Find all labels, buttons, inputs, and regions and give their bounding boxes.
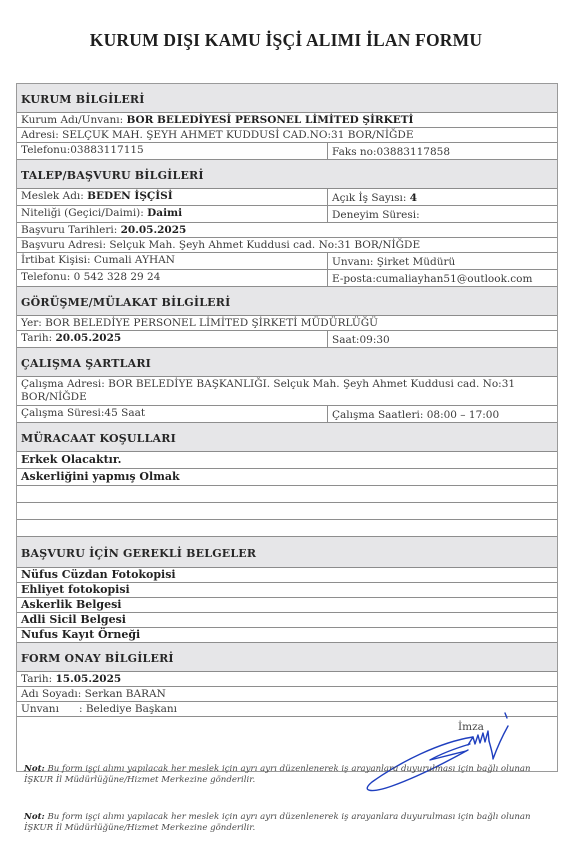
calisma-adres-row: Çalışma Adresi: BOR BELEDİYE BAŞKANLIĞI.…: [17, 377, 557, 406]
nitelik-value: Daimi: [147, 207, 182, 219]
irtibat-eposta: E-posta:cumaliayhan51@outlook.com: [328, 270, 557, 286]
talep-adres-row: Başvuru Adresi: Selçuk Mah. Şeyh Ahmet K…: [17, 238, 557, 253]
irtibat-telefon: Telefonu: 0 542 328 29 24: [17, 270, 328, 286]
belge-item: Adli Sicil Belgesi: [17, 613, 557, 628]
onay-adsoyad-row: Adı Soyadı: Serkan BARAN: [17, 687, 557, 702]
deneyim-suresi: Deneyim Süresi:: [328, 206, 557, 222]
belge-item: Nüfus Cüzdan Fotokopisi: [17, 568, 557, 583]
muracaat-item: [17, 520, 557, 537]
acik-is-label: Açık İş Sayısı:: [332, 192, 410, 204]
meslek-label: Meslek Adı:: [21, 190, 87, 202]
calisma-sure-row: Çalışma Süresi:45 Saat Çalışma Saatleri:…: [17, 406, 557, 423]
belge-item: Ehliyet fotokopisi: [17, 583, 557, 598]
ilan-form: KURUM BİLGİLERİ Kurum Adı/Unvanı: BOR BE…: [16, 83, 558, 772]
belge-item: Nufus Kayıt Örneği: [17, 628, 557, 643]
gorusme-tarih-row: Tarih: 20.05.2025 Saat:09:30: [17, 331, 557, 348]
onay-tarih-label: Tarih:: [21, 673, 55, 685]
onay-tarih-row: Tarih: 15.05.2025: [17, 672, 557, 687]
kurum-contact-row: Telefonu:03883117115 Faks no:03883117858: [17, 143, 557, 160]
talep-irtibat-row: İrtibat Kişisi: Cumali AYHAN Unvanı: Şir…: [17, 253, 557, 270]
note-1-text: Bu form işçi alımı yapılacak her meslek …: [24, 764, 531, 785]
irtibat-kisisi: İrtibat Kişisi: Cumali AYHAN: [17, 253, 328, 269]
gorusme-tarih-value: 20.05.2025: [55, 332, 121, 344]
kurum-phone: Telefonu:03883117115: [17, 143, 328, 159]
muracaat-item: [17, 486, 557, 503]
muracaat-item: [17, 503, 557, 520]
talep-meslek-row: Meslek Adı: BEDEN İŞÇİSİ Açık İş Sayısı:…: [17, 189, 557, 206]
muracaat-item: Erkek Olacaktır.: [17, 452, 557, 469]
gorusme-tarih-label: Tarih:: [21, 332, 55, 344]
kurum-address: Adresi: SELÇUK MAH. ŞEYH AHMET KUDDUSİ C…: [17, 128, 557, 142]
section-kurum-header: KURUM BİLGİLERİ: [17, 84, 557, 113]
talep-telefon-row: Telefonu: 0 542 328 29 24 E-posta:cumali…: [17, 270, 557, 287]
note-1: Not: Bu form işçi alımı yapılacak her me…: [24, 764, 544, 786]
onay-unvan: Unvanı : Belediye Başkanı: [17, 702, 557, 716]
section-talep-header: TALEP/BAŞVURU BİLGİLERİ: [17, 160, 557, 189]
acik-is-value: 4: [410, 192, 417, 204]
onay-unvan-row: Unvanı : Belediye Başkanı: [17, 702, 557, 717]
section-calisma-header: ÇALIŞMA ŞARTLARI: [17, 348, 557, 377]
basvuru-tarih-label: Başvuru Tarihleri:: [21, 224, 121, 236]
talep-nitelik-row: Niteliği (Geçici/Daimi): Daimi Deneyim S…: [17, 206, 557, 223]
basvuru-tarih-value: 20.05.2025: [121, 224, 187, 236]
note-2-text: Bu form işçi alımı yapılacak her meslek …: [24, 812, 531, 833]
calisma-suresi: Çalışma Süresi:45 Saat: [17, 406, 328, 422]
section-muracaat-header: MÜRACAAT KOŞULLARI: [17, 423, 557, 452]
gorusme-yer-row: Yer: BOR BELEDİYE PERSONEL LİMİTED ŞİRKE…: [17, 316, 557, 331]
note-2-label: Not:: [24, 812, 45, 822]
kurum-name-label: Kurum Adı/Unvanı:: [21, 114, 126, 126]
form-title: KURUM DIŞI KAMU İŞÇİ ALIMI İLAN FORMU: [0, 30, 572, 51]
kurum-name-value: BOR BELEDİYESİ PERSONEL LİMİTED ŞİRKETİ: [126, 114, 413, 126]
note-1-label: Not:: [24, 764, 45, 774]
section-gorusme-header: GÖRÜŞME/MÜLAKAT BİLGİLERİ: [17, 287, 557, 316]
kurum-name-row: Kurum Adı/Unvanı: BOR BELEDİYESİ PERSONE…: [17, 113, 557, 128]
gorusme-saat: Saat:09:30: [328, 331, 557, 347]
section-belgeler-header: BAŞVURU İÇİN GEREKLİ BELGELER: [17, 537, 557, 568]
onay-tarih-value: 15.05.2025: [55, 673, 121, 685]
imza-label: İmza: [458, 721, 484, 733]
basvuru-adresi: Başvuru Adresi: Selçuk Mah. Şeyh Ahmet K…: [17, 238, 557, 252]
irtibat-unvan: Unvanı: Şirket Müdürü: [328, 253, 557, 269]
note-2: Not: Bu form işçi alımı yapılacak her me…: [24, 812, 544, 834]
calisma-adresi: Çalışma Adresi: BOR BELEDİYE BAŞKANLIĞI.…: [17, 377, 557, 405]
talep-tarih-row: Başvuru Tarihleri: 20.05.2025: [17, 223, 557, 238]
nitelik-label: Niteliği (Geçici/Daimi):: [21, 207, 147, 219]
meslek-value: BEDEN İŞÇİSİ: [87, 190, 173, 202]
gorusme-yer: Yer: BOR BELEDİYE PERSONEL LİMİTED ŞİRKE…: [17, 316, 557, 330]
kurum-address-row: Adresi: SELÇUK MAH. ŞEYH AHMET KUDDUSİ C…: [17, 128, 557, 143]
onay-adsoyad: Adı Soyadı: Serkan BARAN: [17, 687, 557, 701]
belge-item: Askerlik Belgesi: [17, 598, 557, 613]
kurum-fax: Faks no:03883117858: [328, 143, 557, 159]
calisma-saatleri: Çalışma Saatleri: 08:00 – 17:00: [328, 406, 557, 422]
signature-area: İmza: [17, 717, 557, 771]
muracaat-item: Askerliğini yapmış Olmak: [17, 469, 557, 486]
section-onay-header: FORM ONAY BİLGİLERİ: [17, 643, 557, 672]
